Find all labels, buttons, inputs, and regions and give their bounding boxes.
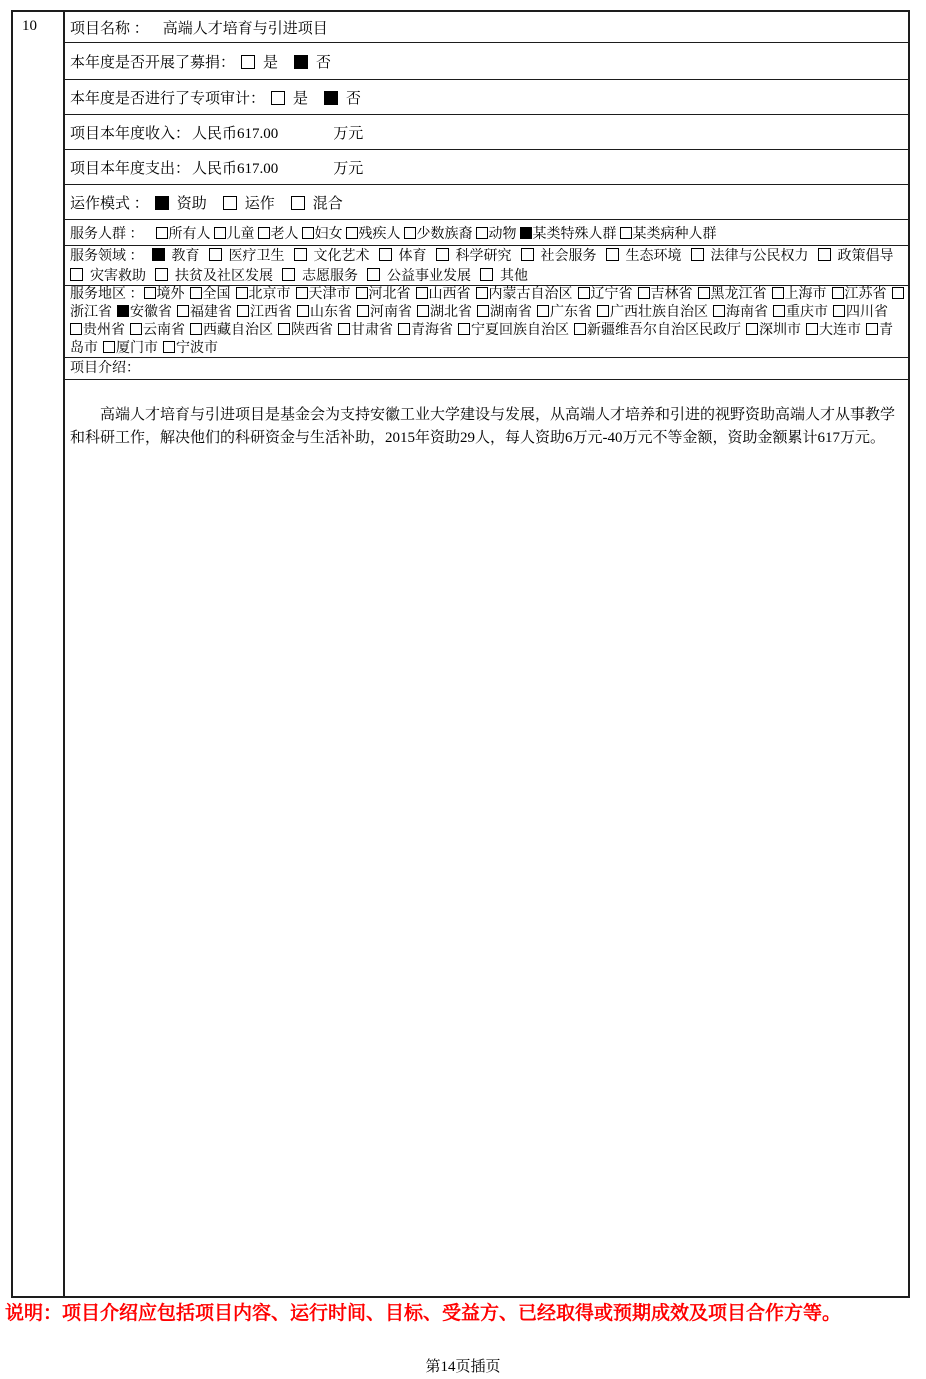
checkbox-option-label: 科学研究 xyxy=(456,249,512,264)
checkbox-option-label: 海南省 xyxy=(726,305,768,320)
operation-mode-options: 资助运作混合 xyxy=(155,192,359,213)
checkbox-option: 湖南省 xyxy=(477,305,532,320)
row-index-cell: 10 xyxy=(13,12,65,1296)
project-intro-text: 高端人才培育与引进项目是基金会为支持安徽工业大学建设与发展，从高端人才培养和引进… xyxy=(70,404,905,450)
unchecked-checkbox-icon xyxy=(156,227,168,239)
unchecked-checkbox-icon xyxy=(772,287,784,299)
checkbox-option: 陕西省 xyxy=(278,323,333,338)
unchecked-checkbox-icon xyxy=(177,305,189,317)
checked-checkbox-icon xyxy=(294,55,308,69)
checkbox-option-label: 深圳市 xyxy=(759,323,801,338)
field-row-service-groups: 服务人群 ： 所有人儿童老人妇女残疾人少数族裔动物某类特殊人群某类病种人群 xyxy=(65,220,908,246)
unchecked-checkbox-icon xyxy=(144,287,156,299)
checkbox-option: 江苏省 xyxy=(832,287,887,302)
operation-mode-label: 运作模式 ： xyxy=(70,192,149,213)
checkbox-option-label: 志愿服务 xyxy=(302,269,358,284)
service-groups-options: 所有人儿童老人妇女残疾人少数族裔动物某类特殊人群某类病种人群 xyxy=(156,223,720,243)
checkbox-option-label: 江西省 xyxy=(250,305,292,320)
checkbox-option-label: 扶贫及社区发展 xyxy=(175,269,273,284)
checkbox-option-label: 文化艺术 xyxy=(314,249,370,264)
checkbox-option-label: 体育 xyxy=(399,249,427,264)
checkbox-option-label: 上海市 xyxy=(785,287,827,302)
checkbox-option: 甘肃省 xyxy=(338,323,393,338)
checkbox-option-label: 动物 xyxy=(489,227,517,242)
checkbox-option: 重庆市 xyxy=(773,305,828,320)
checkbox-option-label: 山西省 xyxy=(429,287,471,302)
checkbox-option: 残疾人 xyxy=(346,227,401,242)
checkbox-option: 妇女 xyxy=(302,227,343,242)
checkbox-option-label: 社会服务 xyxy=(541,249,597,264)
field-row-service-fields: 服务领域 ：教育医疗卫生文化艺术体育科学研究社会服务生态环境法律与公民权力政策倡… xyxy=(65,246,908,286)
unchecked-checkbox-icon xyxy=(746,323,758,335)
unchecked-checkbox-icon xyxy=(892,287,904,299)
checkbox-option: 是 xyxy=(241,55,278,71)
checkbox-option: 云南省 xyxy=(130,323,185,338)
checkbox-option-label: 某类特殊人群 xyxy=(533,227,617,242)
checkbox-option: 动物 xyxy=(476,227,517,242)
checkbox-option: 文化艺术 xyxy=(294,249,370,264)
checkbox-option-label: 儿童 xyxy=(227,227,255,242)
checkbox-option: 是 xyxy=(271,91,308,107)
checkbox-option-label: 重庆市 xyxy=(786,305,828,320)
unchecked-checkbox-icon xyxy=(282,268,295,281)
unchecked-checkbox-icon xyxy=(476,287,488,299)
checkbox-option: 河南省 xyxy=(357,305,412,320)
income-amount: 人民币617.00 xyxy=(192,122,278,143)
checkbox-option: 贵州省 xyxy=(70,323,125,338)
checkbox-option: 政策倡导 xyxy=(818,249,894,264)
fundraising-label: 本年度是否开展了募捐： xyxy=(70,51,235,72)
checkbox-option-label: 否 xyxy=(316,55,331,71)
checkbox-option: 混合 xyxy=(291,196,343,212)
unchecked-checkbox-icon xyxy=(379,248,392,261)
checkbox-option: 山东省 xyxy=(297,305,352,320)
unchecked-checkbox-icon xyxy=(818,248,831,261)
expense-unit: 万元 xyxy=(333,157,363,178)
checkbox-option: 医疗卫生 xyxy=(209,249,285,264)
checkbox-option: 教育 xyxy=(152,249,200,264)
checkbox-option-label: 教育 xyxy=(172,249,200,264)
checkbox-option: 天津市 xyxy=(296,287,351,302)
checkbox-option-label: 山东省 xyxy=(310,305,352,320)
service-fields-options: 教育医疗卫生文化艺术体育科学研究社会服务生态环境法律与公民权力政策倡导灾害救助扶… xyxy=(70,249,903,284)
checked-checkbox-icon xyxy=(520,227,532,239)
unchecked-checkbox-icon xyxy=(271,91,285,105)
checkbox-option: 四川省 xyxy=(833,305,888,320)
checkbox-option: 福建省 xyxy=(177,305,232,320)
income-unit: 万元 xyxy=(333,122,363,143)
audit-options: 是否 xyxy=(271,87,377,108)
checkbox-option: 志愿服务 xyxy=(282,269,358,284)
unchecked-checkbox-icon xyxy=(691,248,704,261)
checkbox-option-label: 吉林省 xyxy=(651,287,693,302)
checkbox-option: 全国 xyxy=(190,287,231,302)
checkbox-option: 公益事业发展 xyxy=(367,269,471,284)
checkbox-option-label: 浙江省 xyxy=(70,305,112,320)
unchecked-checkbox-icon xyxy=(209,248,222,261)
project-form-table: 10 项目名称 ： 高端人才培育与引进项目 本年度是否开展了募捐： 是否 本年度… xyxy=(11,10,910,1298)
unchecked-checkbox-icon xyxy=(338,323,350,335)
unchecked-checkbox-icon xyxy=(302,227,314,239)
instruction-note: 说明：项目介绍应包括项目内容、运行时间、目标、受益方、已经取得或预期成效及项目合… xyxy=(5,1303,921,1325)
checkbox-option-label: 宁夏回族自治区 xyxy=(471,323,569,338)
unchecked-checkbox-icon xyxy=(597,305,609,317)
checkbox-option-label: 运作 xyxy=(245,196,275,212)
unchecked-checkbox-icon xyxy=(480,268,493,281)
checkbox-option-label: 贵州省 xyxy=(83,323,125,338)
checkbox-option-label: 广西壮族自治区 xyxy=(610,305,708,320)
unchecked-checkbox-icon xyxy=(70,323,82,335)
checked-checkbox-icon xyxy=(152,248,165,261)
checkbox-option-label: 混合 xyxy=(313,196,343,212)
checked-checkbox-icon xyxy=(155,196,169,210)
checkbox-option-label: 法律与公民权力 xyxy=(711,249,809,264)
checkbox-option-label: 新疆维吾尔自治区民政厅 xyxy=(587,323,741,338)
unchecked-checkbox-icon xyxy=(241,55,255,69)
service-areas-options: 境外全国北京市天津市河北省山西省内蒙古自治区辽宁省吉林省黑龙江省上海市江苏省浙江… xyxy=(70,287,905,356)
checkbox-option-label: 北京市 xyxy=(249,287,291,302)
checkbox-option-label: 医疗卫生 xyxy=(229,249,285,264)
checkbox-option-label: 青海省 xyxy=(411,323,453,338)
checkbox-option-label: 否 xyxy=(346,91,361,107)
checkbox-option: 厦门市 xyxy=(103,341,158,356)
checkbox-option-label: 天津市 xyxy=(309,287,351,302)
report-page: { "table": { "row_number": "10", "projec… xyxy=(0,0,926,1379)
checkbox-option: 山西省 xyxy=(416,287,471,302)
unchecked-checkbox-icon xyxy=(620,227,632,239)
checkbox-option-label: 公益事业发展 xyxy=(387,269,471,284)
unchecked-checkbox-icon xyxy=(537,305,549,317)
unchecked-checkbox-icon xyxy=(436,248,449,261)
unchecked-checkbox-icon xyxy=(190,287,202,299)
checkbox-option: 广东省 xyxy=(537,305,592,320)
unchecked-checkbox-icon xyxy=(578,287,590,299)
checkbox-option: 资助 xyxy=(155,196,207,212)
unchecked-checkbox-icon xyxy=(713,305,725,317)
checkbox-option-label: 少数族裔 xyxy=(417,227,473,242)
checkbox-option-label: 灾害救助 xyxy=(90,269,146,284)
checkbox-option-label: 云南省 xyxy=(143,323,185,338)
row-index-number: 10 xyxy=(22,18,37,34)
checkbox-option: 社会服务 xyxy=(521,249,597,264)
unchecked-checkbox-icon xyxy=(477,305,489,317)
checkbox-option: 宁夏回族自治区 xyxy=(458,323,569,338)
checkbox-option-label: 内蒙古自治区 xyxy=(489,287,573,302)
checkbox-option-label: 其他 xyxy=(500,269,528,284)
checkbox-option: 辽宁省 xyxy=(578,287,633,302)
field-row-expense: 项目本年度支出： 人民币617.00 万元 xyxy=(65,150,908,185)
checkbox-option: 灾害救助 xyxy=(70,269,146,284)
project-name-value: 高端人才培育与引进项目 xyxy=(163,17,328,38)
checkbox-option: 西藏自治区 xyxy=(190,323,273,338)
unchecked-checkbox-icon xyxy=(190,323,202,335)
unchecked-checkbox-icon xyxy=(258,227,270,239)
checkbox-option-label: 境外 xyxy=(157,287,185,302)
checkbox-option-label: 宁波市 xyxy=(176,341,218,356)
unchecked-checkbox-icon xyxy=(521,248,534,261)
checkbox-option-label: 辽宁省 xyxy=(591,287,633,302)
checkbox-option: 上海市 xyxy=(772,287,827,302)
fundraising-options: 是否 xyxy=(241,51,347,72)
unchecked-checkbox-icon xyxy=(638,287,650,299)
checkbox-option: 老人 xyxy=(258,227,299,242)
unchecked-checkbox-icon xyxy=(70,268,83,281)
checkbox-option: 吉林省 xyxy=(638,287,693,302)
unchecked-checkbox-icon xyxy=(476,227,488,239)
checkbox-option: 运作 xyxy=(223,196,275,212)
checkbox-option: 江西省 xyxy=(237,305,292,320)
checkbox-option-label: 湖北省 xyxy=(430,305,472,320)
unchecked-checkbox-icon xyxy=(155,268,168,281)
service-areas-label: 服务地区 ： xyxy=(70,287,144,302)
checkbox-option-label: 政策倡导 xyxy=(838,249,894,264)
checked-checkbox-icon xyxy=(324,91,338,105)
checkbox-option: 扶贫及社区发展 xyxy=(155,269,273,284)
unchecked-checkbox-icon xyxy=(417,305,429,317)
unchecked-checkbox-icon xyxy=(236,287,248,299)
checkbox-option-label: 妇女 xyxy=(315,227,343,242)
unchecked-checkbox-icon xyxy=(346,227,358,239)
project-intro-label: 项目介绍： xyxy=(70,361,140,376)
service-fields-label: 服务领域 ： xyxy=(70,249,144,264)
checkbox-option: 海南省 xyxy=(713,305,768,320)
checkbox-option-label: 厦门市 xyxy=(116,341,158,356)
checkbox-option-label: 是 xyxy=(293,91,308,107)
unchecked-checkbox-icon xyxy=(214,227,226,239)
field-row-project-name: 项目名称 ： 高端人才培育与引进项目 xyxy=(65,12,908,43)
checkbox-option: 体育 xyxy=(379,249,427,264)
checkbox-option: 广西壮族自治区 xyxy=(597,305,708,320)
unchecked-checkbox-icon xyxy=(416,287,428,299)
project-name-label: 项目名称 ： xyxy=(70,17,149,38)
checkbox-option: 深圳市 xyxy=(746,323,801,338)
unchecked-checkbox-icon xyxy=(296,287,308,299)
checkbox-option-label: 老人 xyxy=(271,227,299,242)
checkbox-option-label: 生态环境 xyxy=(626,249,682,264)
income-label: 项目本年度收入： xyxy=(70,122,190,143)
checkbox-option-label: 河南省 xyxy=(370,305,412,320)
checkbox-option: 儿童 xyxy=(214,227,255,242)
checkbox-option-label: 福建省 xyxy=(190,305,232,320)
checkbox-option-label: 安徽省 xyxy=(130,305,172,320)
form-content-column: 项目名称 ： 高端人才培育与引进项目 本年度是否开展了募捐： 是否 本年度是否进… xyxy=(65,12,908,1296)
checkbox-option-label: 全国 xyxy=(203,287,231,302)
field-row-intro-body: 高端人才培育与引进项目是基金会为支持安徽工业大学建设与发展，从高端人才培养和引进… xyxy=(65,380,908,1296)
checkbox-option: 所有人 xyxy=(156,227,211,242)
checkbox-option: 宁波市 xyxy=(163,341,218,356)
checkbox-option-label: 湖南省 xyxy=(490,305,532,320)
checkbox-option: 否 xyxy=(324,91,361,107)
unchecked-checkbox-icon xyxy=(223,196,237,210)
unchecked-checkbox-icon xyxy=(356,287,368,299)
unchecked-checkbox-icon xyxy=(606,248,619,261)
field-row-operation-mode: 运作模式 ： 资助运作混合 xyxy=(65,185,908,220)
checkbox-option-label: 甘肃省 xyxy=(351,323,393,338)
unchecked-checkbox-icon xyxy=(291,196,305,210)
checked-checkbox-icon xyxy=(117,305,129,317)
unchecked-checkbox-icon xyxy=(163,341,175,353)
page-number-footer: 第14页插页 xyxy=(0,1355,926,1376)
checkbox-option-label: 黑龙江省 xyxy=(711,287,767,302)
checkbox-option-label: 某类病种人群 xyxy=(633,227,717,242)
field-row-service-areas: 服务地区 ：境外全国北京市天津市河北省山西省内蒙古自治区辽宁省吉林省黑龙江省上海… xyxy=(65,286,908,358)
unchecked-checkbox-icon xyxy=(237,305,249,317)
checkbox-option: 青海省 xyxy=(398,323,453,338)
checkbox-option-label: 所有人 xyxy=(169,227,211,242)
unchecked-checkbox-icon xyxy=(130,323,142,335)
unchecked-checkbox-icon xyxy=(297,305,309,317)
expense-label: 项目本年度支出： xyxy=(70,157,190,178)
checkbox-option-label: 广东省 xyxy=(550,305,592,320)
field-row-income: 项目本年度收入： 人民币617.00 万元 xyxy=(65,115,908,150)
unchecked-checkbox-icon xyxy=(278,323,290,335)
checkbox-option: 安徽省 xyxy=(117,305,172,320)
checkbox-option: 河北省 xyxy=(356,287,411,302)
expense-amount: 人民币617.00 xyxy=(192,157,278,178)
unchecked-checkbox-icon xyxy=(806,323,818,335)
unchecked-checkbox-icon xyxy=(357,305,369,317)
checkbox-option: 某类病种人群 xyxy=(620,227,717,242)
unchecked-checkbox-icon xyxy=(367,268,380,281)
service-groups-label: 服务人群 ： xyxy=(70,223,144,243)
checkbox-option: 生态环境 xyxy=(606,249,682,264)
checkbox-option: 科学研究 xyxy=(436,249,512,264)
checkbox-option-label: 河北省 xyxy=(369,287,411,302)
unchecked-checkbox-icon xyxy=(458,323,470,335)
checkbox-option: 湖北省 xyxy=(417,305,472,320)
checkbox-option: 少数族裔 xyxy=(404,227,473,242)
checkbox-option: 境外 xyxy=(144,287,185,302)
unchecked-checkbox-icon xyxy=(103,341,115,353)
checkbox-option-label: 陕西省 xyxy=(291,323,333,338)
checkbox-option-label: 西藏自治区 xyxy=(203,323,273,338)
unchecked-checkbox-icon xyxy=(398,323,410,335)
unchecked-checkbox-icon xyxy=(832,287,844,299)
unchecked-checkbox-icon xyxy=(698,287,710,299)
checkbox-option-label: 残疾人 xyxy=(359,227,401,242)
checkbox-option: 某类特殊人群 xyxy=(520,227,617,242)
checkbox-option: 黑龙江省 xyxy=(698,287,767,302)
checkbox-option: 否 xyxy=(294,55,331,71)
unchecked-checkbox-icon xyxy=(833,305,845,317)
checkbox-option-label: 大连市 xyxy=(819,323,861,338)
unchecked-checkbox-icon xyxy=(294,248,307,261)
unchecked-checkbox-icon xyxy=(773,305,785,317)
field-row-fundraising: 本年度是否开展了募捐： 是否 xyxy=(65,43,908,80)
unchecked-checkbox-icon xyxy=(404,227,416,239)
audit-label: 本年度是否进行了专项审计： xyxy=(70,87,265,108)
checkbox-option: 新疆维吾尔自治区民政厅 xyxy=(574,323,741,338)
checkbox-option: 内蒙古自治区 xyxy=(476,287,573,302)
checkbox-option-label: 江苏省 xyxy=(845,287,887,302)
field-row-audit: 本年度是否进行了专项审计： 是否 xyxy=(65,80,908,115)
unchecked-checkbox-icon xyxy=(866,323,878,335)
checkbox-option-label: 是 xyxy=(263,55,278,71)
checkbox-option-label: 资助 xyxy=(177,196,207,212)
unchecked-checkbox-icon xyxy=(574,323,586,335)
checkbox-option: 北京市 xyxy=(236,287,291,302)
checkbox-option-label: 四川省 xyxy=(846,305,888,320)
checkbox-option: 法律与公民权力 xyxy=(691,249,809,264)
checkbox-option: 其他 xyxy=(480,269,528,284)
checkbox-option: 大连市 xyxy=(806,323,861,338)
field-row-intro-label: 项目介绍： xyxy=(65,358,908,380)
